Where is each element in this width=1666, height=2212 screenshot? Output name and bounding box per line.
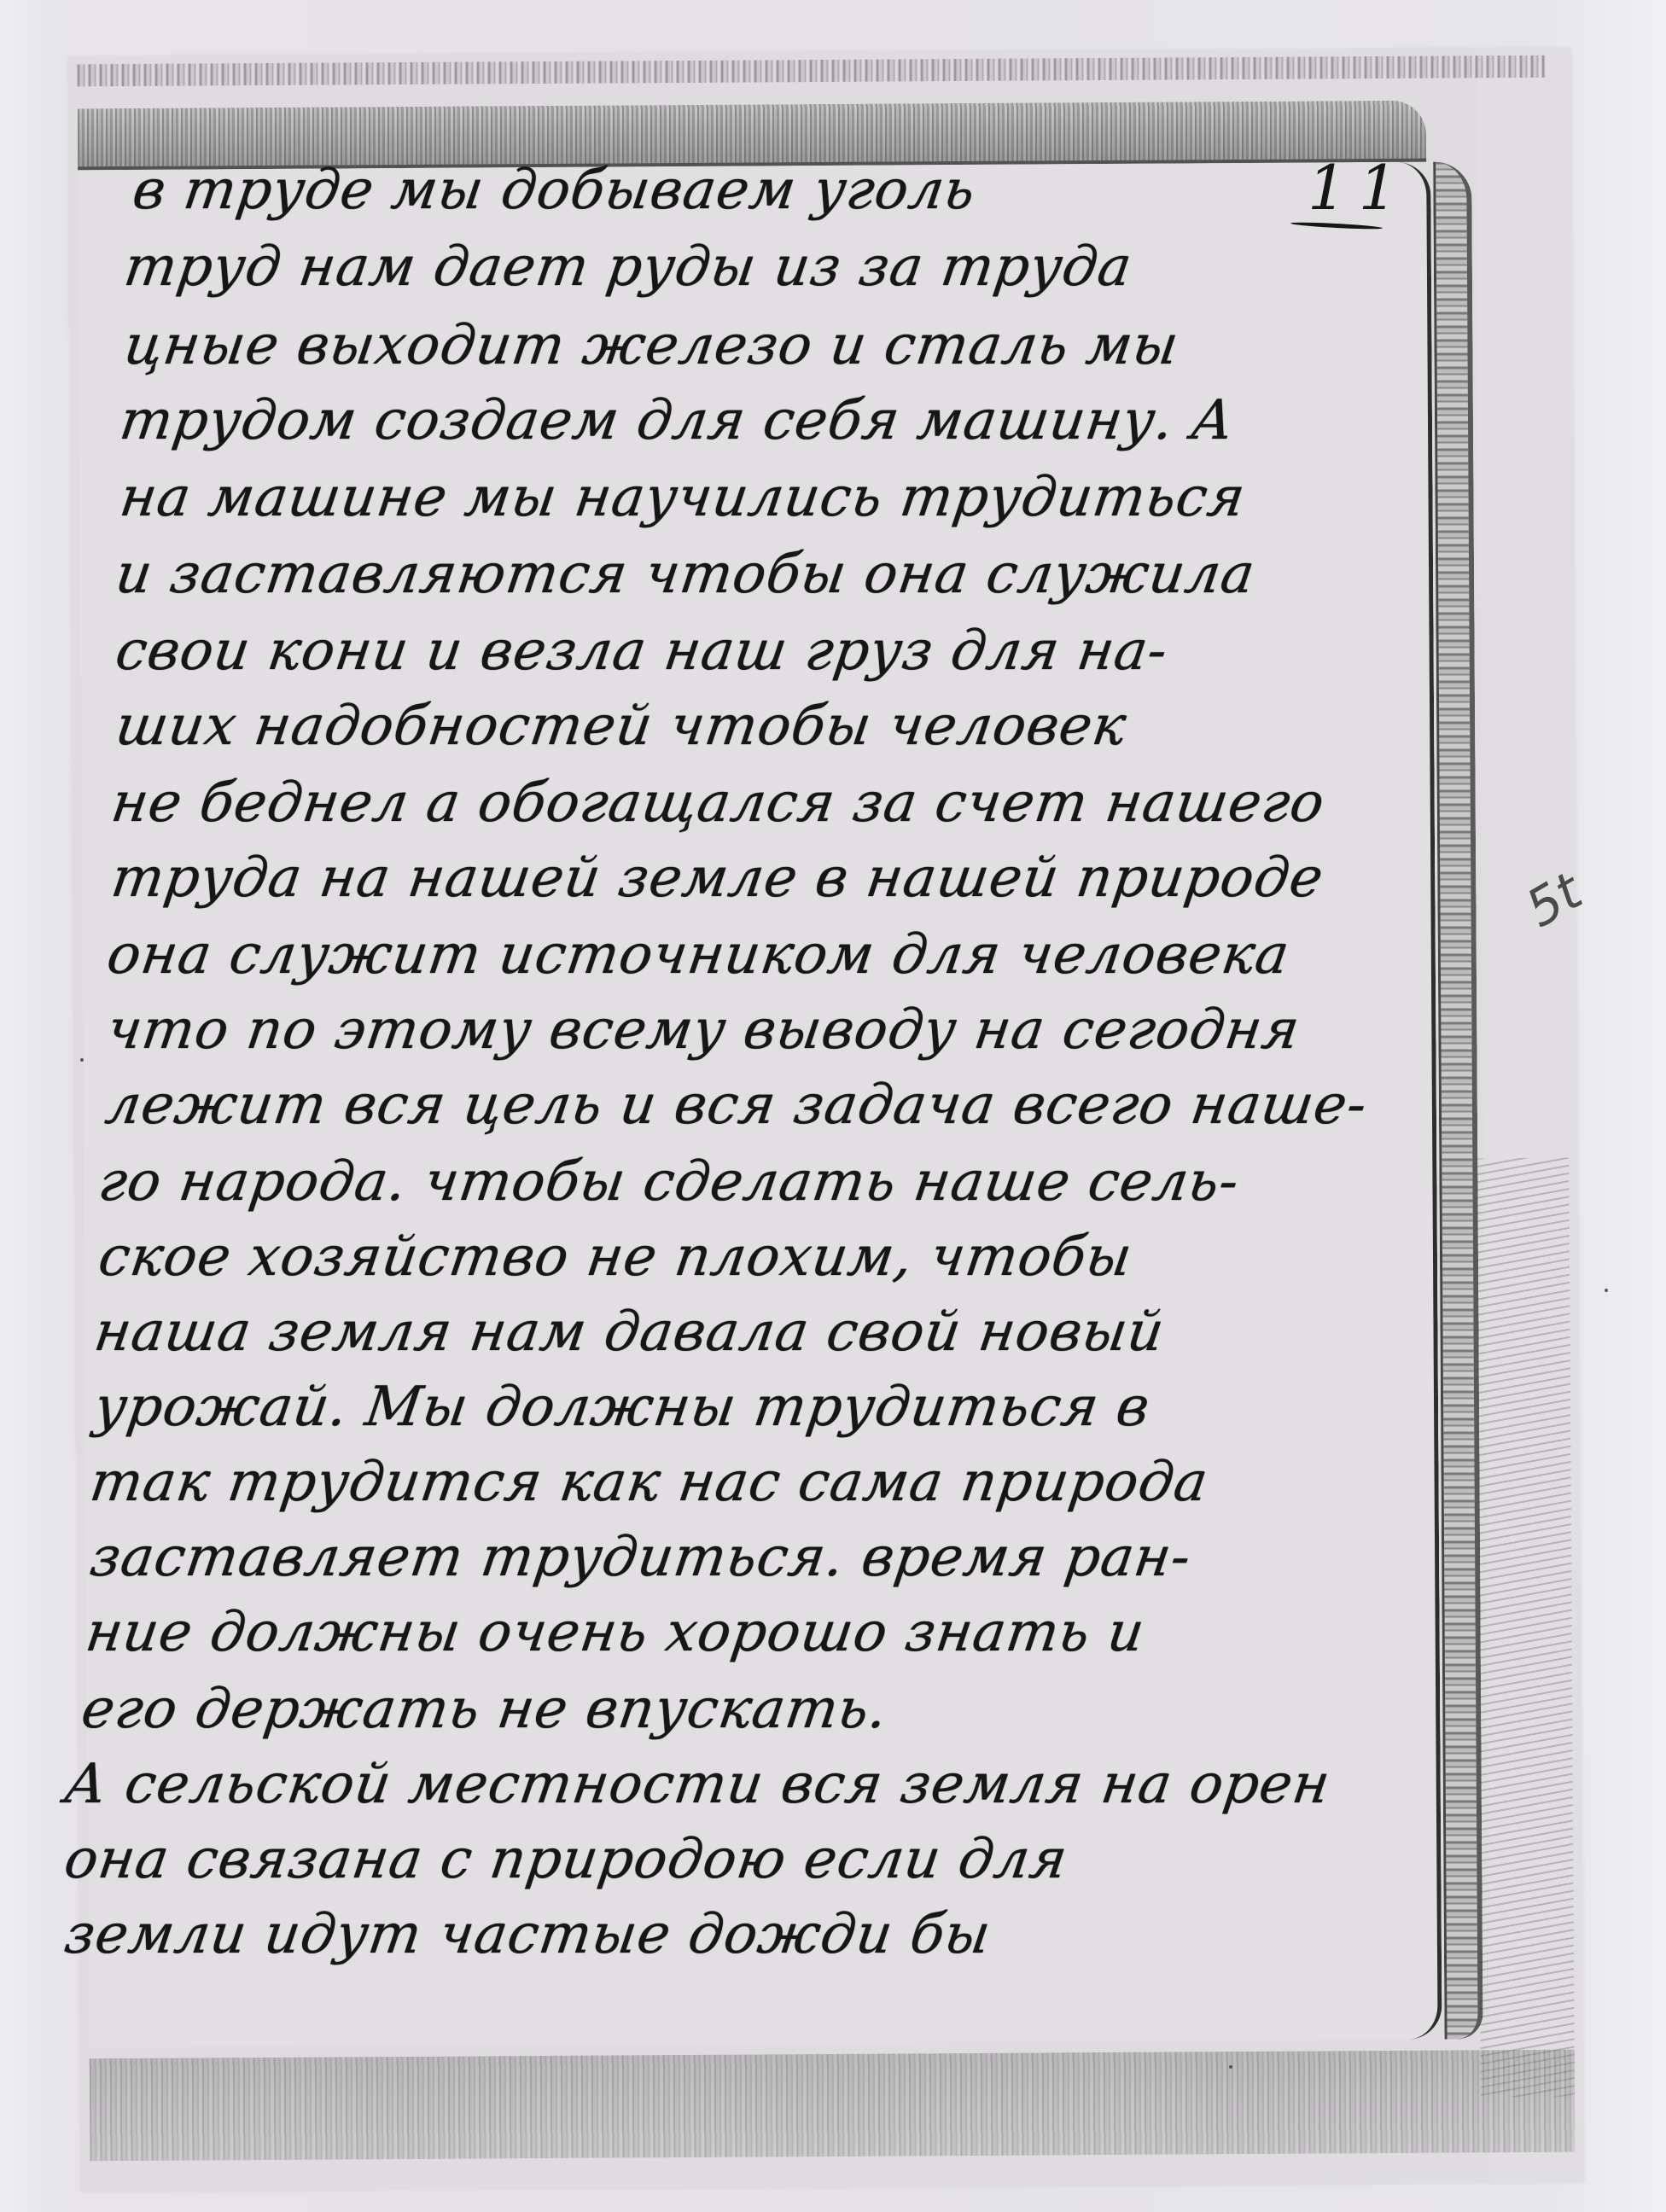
text-line: и заставляются чтобы она служила — [111, 536, 1260, 613]
text-line: так трудится как нас сама природа — [85, 1444, 1213, 1521]
text-line: свои кони и везла наш груз для на- — [111, 613, 1173, 690]
text-line: ших надобностей чтобы человек — [111, 688, 1132, 765]
handwritten-text: в труде мы добываем уголь труд нам дает … — [0, 0, 1666, 2212]
text-line: наша земля нам давала свой новый — [90, 1294, 1169, 1371]
text-line: заставляет трудиться. время ран- — [85, 1519, 1196, 1596]
ink-speck — [80, 1058, 84, 1062]
text-line: ние должны очень хорошо знать и — [81, 1594, 1150, 1671]
text-line: его держать не впускать. — [77, 1671, 893, 1748]
text-line: она связана с природою если для — [60, 1821, 1073, 1898]
text-line: не беднел а обогащался за счет нашего — [107, 765, 1330, 841]
text-line: земли идут частые дожди бы — [60, 1896, 996, 1973]
text-line: она служит источником для человека — [102, 917, 1295, 993]
text-line: го народа. чтобы сделать наше сель- — [94, 1144, 1244, 1220]
text-line: А сельской местности вся земля на орен — [60, 1746, 1335, 1823]
page-number: 11 — [1308, 152, 1410, 224]
text-line: труда на нашей земле в нашей природе — [107, 840, 1329, 917]
text-line: цные выходит железо и сталь мы — [119, 307, 1184, 384]
text-line: труд нам дает руды из за труда — [119, 229, 1137, 306]
text-line: ское хозяйство не плохим, чтобы — [94, 1219, 1137, 1295]
text-line: урожай. Мы должны трудиться в — [90, 1369, 1155, 1446]
text-line: на машине мы научились трудиться — [115, 459, 1250, 536]
text-line: в труде мы добываем уголь — [128, 152, 981, 229]
text-line: что по этому всему выводу на сегодня — [102, 992, 1305, 1068]
text-line: лежит вся цель и вся задача всего наше- — [101, 1067, 1372, 1144]
ink-speck — [1229, 2065, 1232, 2069]
text-line: трудом создаем для себя машину. А — [115, 382, 1239, 459]
ink-speck — [1605, 1289, 1608, 1292]
